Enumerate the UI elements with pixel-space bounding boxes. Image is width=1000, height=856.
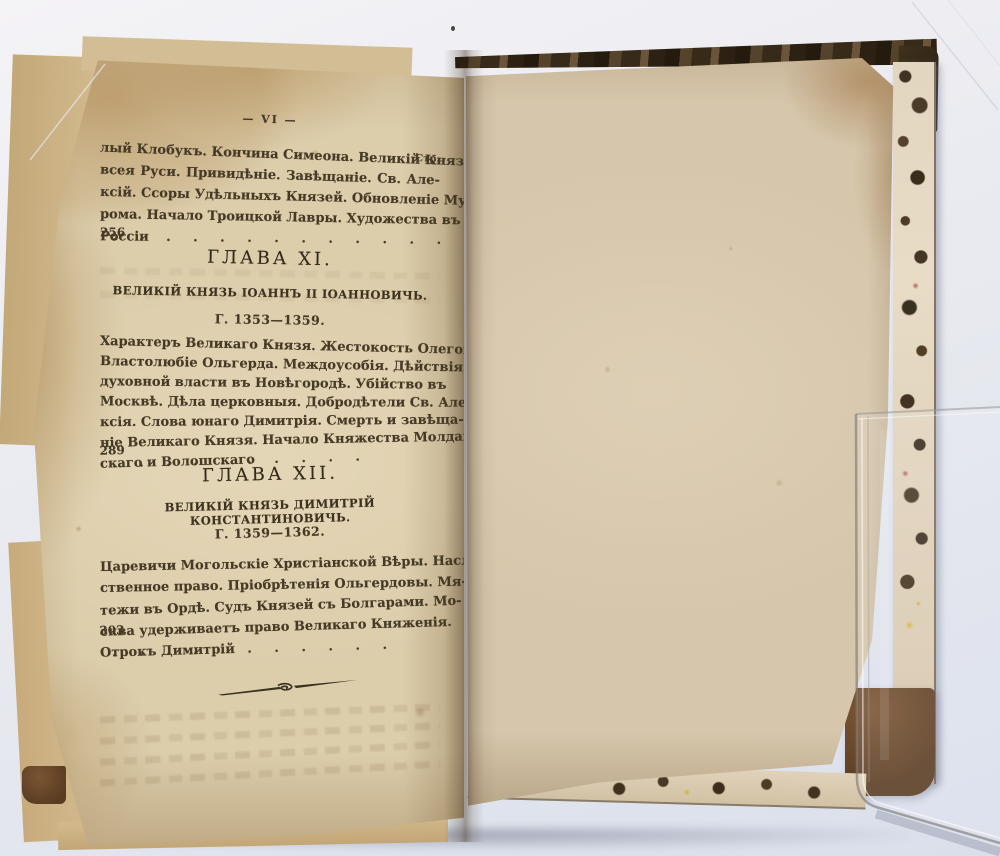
show-through-text	[100, 703, 440, 723]
table-of-contents: — VI — Стр. лый Клобукъ. Кончина Симеона…	[100, 108, 440, 828]
background-crease	[948, 0, 1000, 66]
toc-line: духовной власти въ Новѣгородѣ. Убійство …	[100, 372, 440, 395]
dust-speck	[451, 26, 455, 31]
toc-entry-continuation: лый Клобукъ. Кончина Симеона. Великій Кн…	[100, 144, 440, 249]
chapter-years: Г. 1353—1359.	[100, 310, 440, 330]
show-through-text	[100, 741, 440, 766]
left-page: — VI — Стр. лый Клобукъ. Кончина Симеона…	[26, 50, 464, 848]
book-gutter-shadow	[444, 50, 484, 842]
page-number-header: — VI —	[100, 107, 440, 132]
toc-entry-chapter-12: Царевичи Могольскіе Христіанской Вѣры. Н…	[100, 554, 440, 659]
toc-page-number: 289	[99, 441, 125, 461]
show-through-text	[100, 761, 440, 787]
toc-line: Москвѣ. Дѣла церковныя. Добродѣтели Св. …	[100, 392, 440, 412]
photo-background: — VI — Стр. лый Клобукъ. Кончина Симеона…	[0, 0, 1000, 856]
toc-page-number: 256	[100, 222, 125, 243]
cover-corner-bottom-left	[22, 766, 66, 804]
right-page-blank	[458, 52, 898, 808]
toc-page-number: 303	[99, 620, 125, 642]
tailpiece-ornament	[218, 676, 359, 699]
marbled-cover-edge	[893, 62, 936, 784]
toc-entry-chapter-11: Характеръ Великаго Князя. Жестокость Оле…	[100, 336, 440, 469]
show-through-text	[100, 722, 440, 744]
